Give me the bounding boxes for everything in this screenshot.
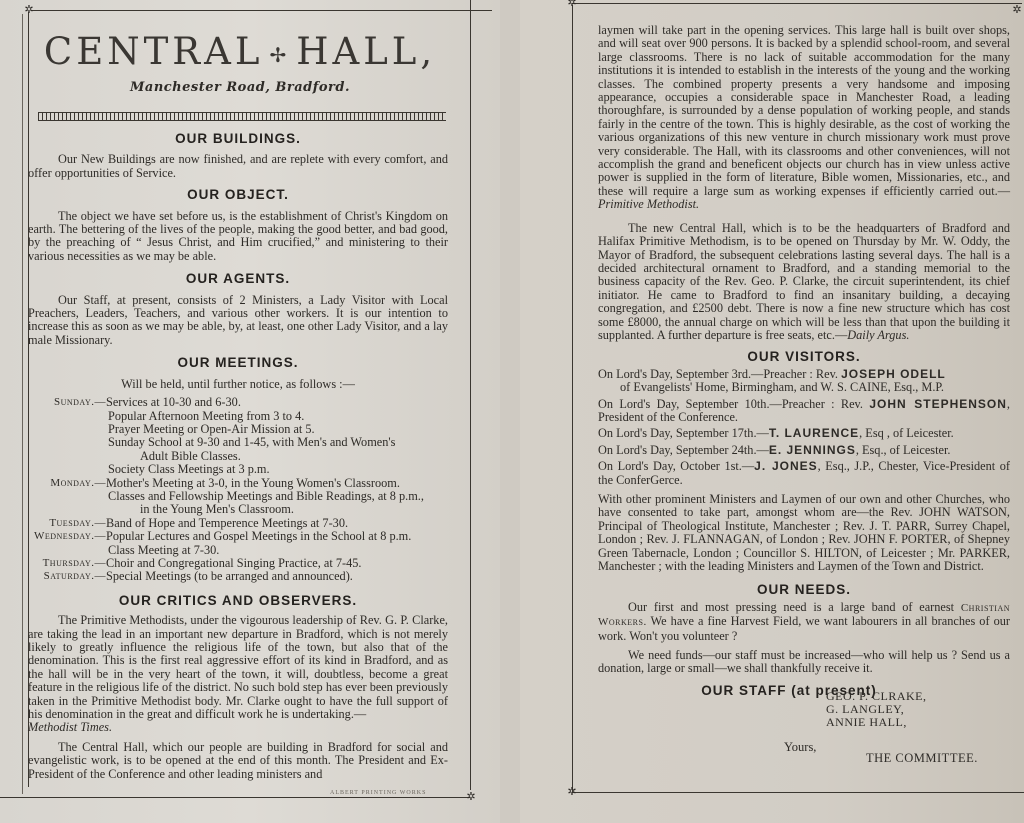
critics-quote-continued: The Central Hall, which our people are b… [28,741,448,781]
booklet-spread: ✲ ✲ CENTRAL✢HALL, Manchester Road, Bradf… [0,0,1024,823]
staff-member: ANNIE HALL, [826,716,927,729]
visitor-details: of Evangelists' Home, Birmingham, and W.… [598,381,1010,394]
visitors-list: On Lord's Day, September 3rd.—Preacher :… [598,368,1010,487]
meetings-schedule: Sunday.— Services at 10-30 and 6-30. Pop… [20,396,448,584]
schedule-line: Special Meetings (to be arranged and ann… [106,570,448,583]
section-heading-buildings: OUR BUILDINGS. [28,132,448,145]
needs-para-funds: We need funds—our staff must be increase… [598,649,1010,676]
section-heading-visitors: OUR VISITORS. [598,350,1010,363]
quote-source: Methodist Times. [28,721,448,734]
visitor-date: On Lord's Day, October 1st.— [598,459,754,473]
schedule-line: Class Meeting at 7-30. [20,544,448,557]
visitor-entry: On Lord's Day, September 3rd.—Preacher :… [598,368,1010,395]
meetings-intro: Will be held, until further notice, as f… [28,378,448,391]
quote-source: Daily Argus. [847,328,909,342]
agents-text: Our Staff, at present, consists of 2 Min… [28,294,448,348]
section-heading-staff: OUR STAFF (at present) [568,684,1010,697]
other-ministers-text: With other prominent Ministers and Layme… [598,493,1010,573]
visitor-name: JOHN STEPHENSON [869,397,1007,411]
section-heading-agents: OUR AGENTS. [28,272,448,285]
schedule-row-monday: Monday.— Mother's Meeting at 3-0, in the… [20,477,448,490]
schedule-line: in the Young Men's Classroom. [20,503,448,516]
section-heading-needs: OUR NEEDS. [598,583,1010,596]
page-border-bottom [0,797,470,798]
needs-text: Our first and most pressing need is a la… [628,600,961,614]
printer-mark: ALBERT PRINTING WORKS [330,790,426,796]
visitor-entry: On Lord's Day, September 10th.—Preacher … [598,398,1010,425]
schedule-row-tuesday: Tuesday.— Band of Hope and Temperence Me… [20,517,448,530]
day-label: Thursday.— [20,557,106,570]
schedule-line: Society Class Meetings at 3 p.m. [20,463,448,476]
schedule-line: Services at 10-30 and 6-30. [106,396,448,409]
quote-text: The Primitive Methodists, under the vigo… [28,613,448,721]
visitor-name: J. JONES [754,459,817,473]
visitor-entry: On Lord's Day, October 1st.—J. JONES, Es… [598,460,1010,487]
schedule-line: Band of Hope and Temperence Meetings at … [106,517,448,530]
section-heading-meetings: OUR MEETINGS. [28,356,448,369]
corner-ornament-icon: ✲ [567,787,577,797]
schedule-row-saturday: Saturday.— Special Meetings (to be arran… [20,570,448,583]
cross-ornament-icon: ✢ [269,43,290,67]
page-border-top [572,3,1022,4]
day-label: Monday.— [20,477,106,490]
page-border-top [32,10,492,11]
page-title: CENTRAL✢HALL, [40,30,440,73]
corner-ornament-icon: ✲ [567,0,577,8]
quote-continued-text: laymen will take part in the opening ser… [598,24,1010,212]
quote-text: The new Central Hall, which is to be the… [598,221,1010,342]
schedule-line: Prayer Meeting or Open-Air Mission at 5. [20,423,448,436]
day-label: Tuesday.— [20,517,106,530]
title-word-hall: HALL, [296,30,436,73]
day-label: Sunday.— [20,396,106,409]
schedule-row-thursday: Thursday.— Choir and Congregational Sing… [20,557,448,570]
schedule-line: Popular Lectures and Gospel Meetings in … [106,530,448,543]
closing-salutation: Yours, [784,740,816,755]
page-border-right [470,0,471,790]
schedule-line: Choir and Congregational Singing Practic… [106,557,448,570]
buildings-text: Our New Buildings are now finished, and … [28,153,448,180]
visitor-entry: On Lord's Day, September 17th.—T. LAUREN… [598,427,1010,440]
corner-ornament-icon: ✲ [24,5,34,15]
ornamental-rule [38,112,446,121]
left-column: OUR BUILDINGS. Our New Buildings are now… [28,132,448,781]
section-heading-object: OUR OBJECT. [28,188,448,201]
visitor-name: T. LAURENCE [769,426,859,440]
object-text: The object we have set before us, is the… [28,210,448,264]
visitor-details: , Esq., of Leicester. [856,443,951,457]
page-border-bottom [572,792,1024,793]
schedule-line: Popular Afternoon Meeting from 3 to 4. [20,410,448,423]
page-border-left [572,5,573,793]
closing-signature: THE COMMITTEE. [866,751,978,766]
critics-quote-methodist-times: The Primitive Methodists, under the vigo… [28,614,448,735]
day-label: Saturday.— [20,570,106,583]
corner-ornament-icon: ✲ [466,792,476,802]
visitor-date: On Lord's Day, September 3rd.—Preacher :… [598,367,841,381]
address-subtitle: Manchester Road, Bradford. [40,80,440,95]
needs-para-workers: Our first and most pressing need is a la… [598,601,1010,643]
needs-text: We have a fine Harvest Field, we want la… [598,614,1010,642]
section-heading-critics: OUR CRITICS AND OBSERVERS. [28,594,448,607]
schedule-line: Classes and Fellowship Meetings and Bibl… [20,490,448,503]
schedule-row-sunday: Sunday.— Services at 10-30 and 6-30. [20,396,448,409]
quote-source: Primitive Methodist. [598,197,699,211]
title-word-central: CENTRAL [44,30,264,73]
visitor-entry: On Lord's Day, September 24th.—E. JENNIN… [598,444,1010,457]
schedule-row-wednesday: Wednesday.— Popular Lectures and Gospel … [20,530,448,543]
schedule-line: Sunday School at 9-30 and 1-45, with Men… [20,436,448,449]
visitor-name: E. JENNINGS [769,443,856,457]
visitor-details: , Esq , of Leicester. [859,426,954,440]
day-label: Wednesday.— [20,530,106,543]
schedule-line: Adult Bible Classes. [20,450,448,463]
visitor-date: On Lord's Day, September 24th.— [598,443,769,457]
visitor-date: On Lord's Day, September 10th.—Preacher … [598,397,869,411]
quote-daily-argus: The new Central Hall, which is to be the… [598,222,1010,343]
corner-ornament-icon: ✲ [1012,5,1022,15]
quote-text: laymen will take part in the opening ser… [598,23,1010,198]
visitor-name: JOSEPH ODELL [841,367,946,381]
page-gutter [500,0,520,823]
visitor-date: On Lord's Day, September 17th.— [598,426,769,440]
right-column: laymen will take part in the opening ser… [598,24,1010,697]
left-page: ✲ ✲ CENTRAL✢HALL, Manchester Road, Bradf… [0,0,500,823]
schedule-line: Mother's Meeting at 3-0, in the Young Wo… [106,477,448,490]
staff-list: GEO. P. CLRAKE, G. LANGLEY, ANNIE HALL, [826,690,927,729]
